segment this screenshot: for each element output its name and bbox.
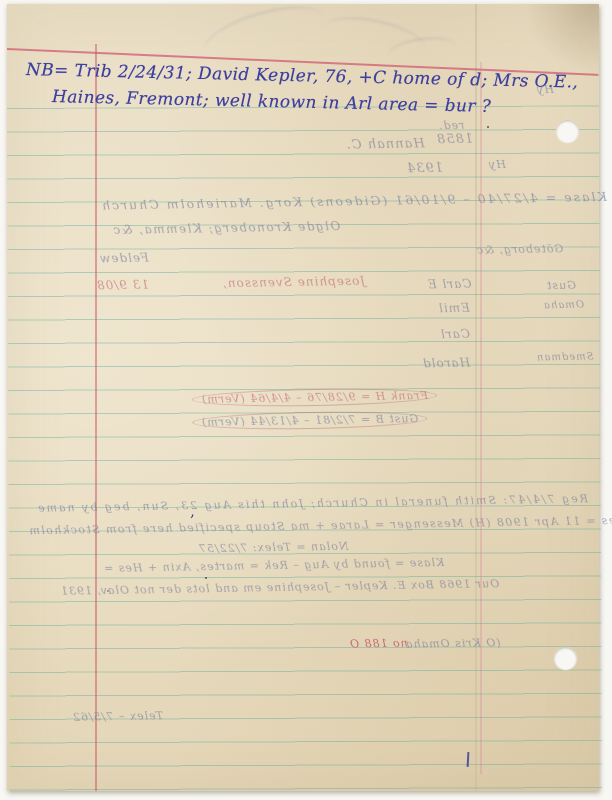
ghost-text-line: Nolan = Telex: 7/22/57 xyxy=(198,540,349,556)
ghost-text-line: no 188 O xyxy=(349,636,408,650)
bleed-margin-line xyxy=(480,62,482,774)
ghost-text-line: Telex – 7/5/62 xyxy=(72,709,163,724)
ghost-text-line: 1934 xyxy=(406,161,443,177)
notebook-page: NB= Trib 2/24/31; David Kepler, 76, +C h… xyxy=(7,4,599,791)
ghost-text-line: Hy xyxy=(536,83,554,96)
ghost-text-line: Josephine Svensson, xyxy=(222,274,365,290)
ink-tick-mark xyxy=(467,752,470,767)
red-margin-line xyxy=(95,44,97,791)
ink-speck xyxy=(487,126,489,128)
ghost-text-line: Klase = found by Aug – Rek = martes, Axi… xyxy=(103,556,444,575)
ink-comma-mark: ‚ xyxy=(190,502,195,520)
ink-speck xyxy=(107,590,109,592)
ghost-text-line: Gust xyxy=(546,279,576,293)
ghost-text-line: Claes = 11 Apr 1908 (H) Messenger = Lara… xyxy=(28,514,612,538)
ghost-text-line: Smedman xyxy=(536,351,594,363)
paper-crease xyxy=(475,4,477,791)
ghost-text-line: red. xyxy=(438,119,465,132)
ghost-text-line: Göteborg, &c xyxy=(476,242,563,257)
ghost-text-line: Hannah C. xyxy=(346,136,425,152)
scanner-background: NB= Trib 2/24/31; David Kepler, 76, +C h… xyxy=(0,0,612,800)
ghost-text-line: Carl E xyxy=(427,277,472,292)
ghost-text-line: Our 1968 Box E. Kepler – Josephine em an… xyxy=(60,577,499,598)
ghost-text-line: Omaha xyxy=(543,300,584,312)
ghost-text-line: Feldew xyxy=(99,251,149,266)
hole-punch-top xyxy=(556,120,579,143)
ghost-text-line: Harold xyxy=(422,356,470,371)
ghost-text-line: Reg 7/4/47: Smith funeral in Church; Joh… xyxy=(36,492,588,515)
ghost-text-line: Hy xyxy=(488,158,506,171)
ghost-circled-line: Frank H = 9/28/76 – 4/4/64 (Verm) xyxy=(192,387,437,408)
ghost-text-line: Emil xyxy=(438,301,470,316)
handwriting-line-2: Haines, Fremont; well known in Arl area … xyxy=(52,87,492,117)
ghost-text-line: Ole Klase = 4/27/40 – 9/10/61 (Gideons) … xyxy=(100,188,612,212)
ghost-text-line: (O Kris Omaha xyxy=(405,636,501,651)
hole-punch-bottom xyxy=(554,647,577,670)
ghost-text-line: Carl xyxy=(440,327,470,342)
ink-speck xyxy=(205,577,207,579)
ghost-circled-line: Gust B = 7/2/81 – 4/13/44 (Verm) xyxy=(192,410,428,431)
ghost-text-line: 13 9/08 xyxy=(96,278,149,293)
ghost-text-line: Olgde Kronoberg; Klemma, &c xyxy=(112,219,340,237)
ghost-text-line: 1858 xyxy=(436,132,473,148)
